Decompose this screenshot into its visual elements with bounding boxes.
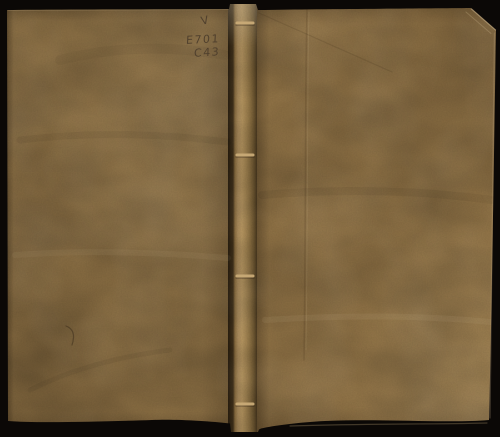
spine: [228, 4, 257, 433]
inscription-line-3: C43: [194, 46, 221, 59]
right-cover: [255, 7, 496, 433]
photo-background: V E701 C43: [0, 0, 500, 437]
inscription-line-1: V: [200, 14, 210, 26]
inscription-line-2: E701: [186, 33, 220, 46]
left-cover: [7, 8, 234, 433]
